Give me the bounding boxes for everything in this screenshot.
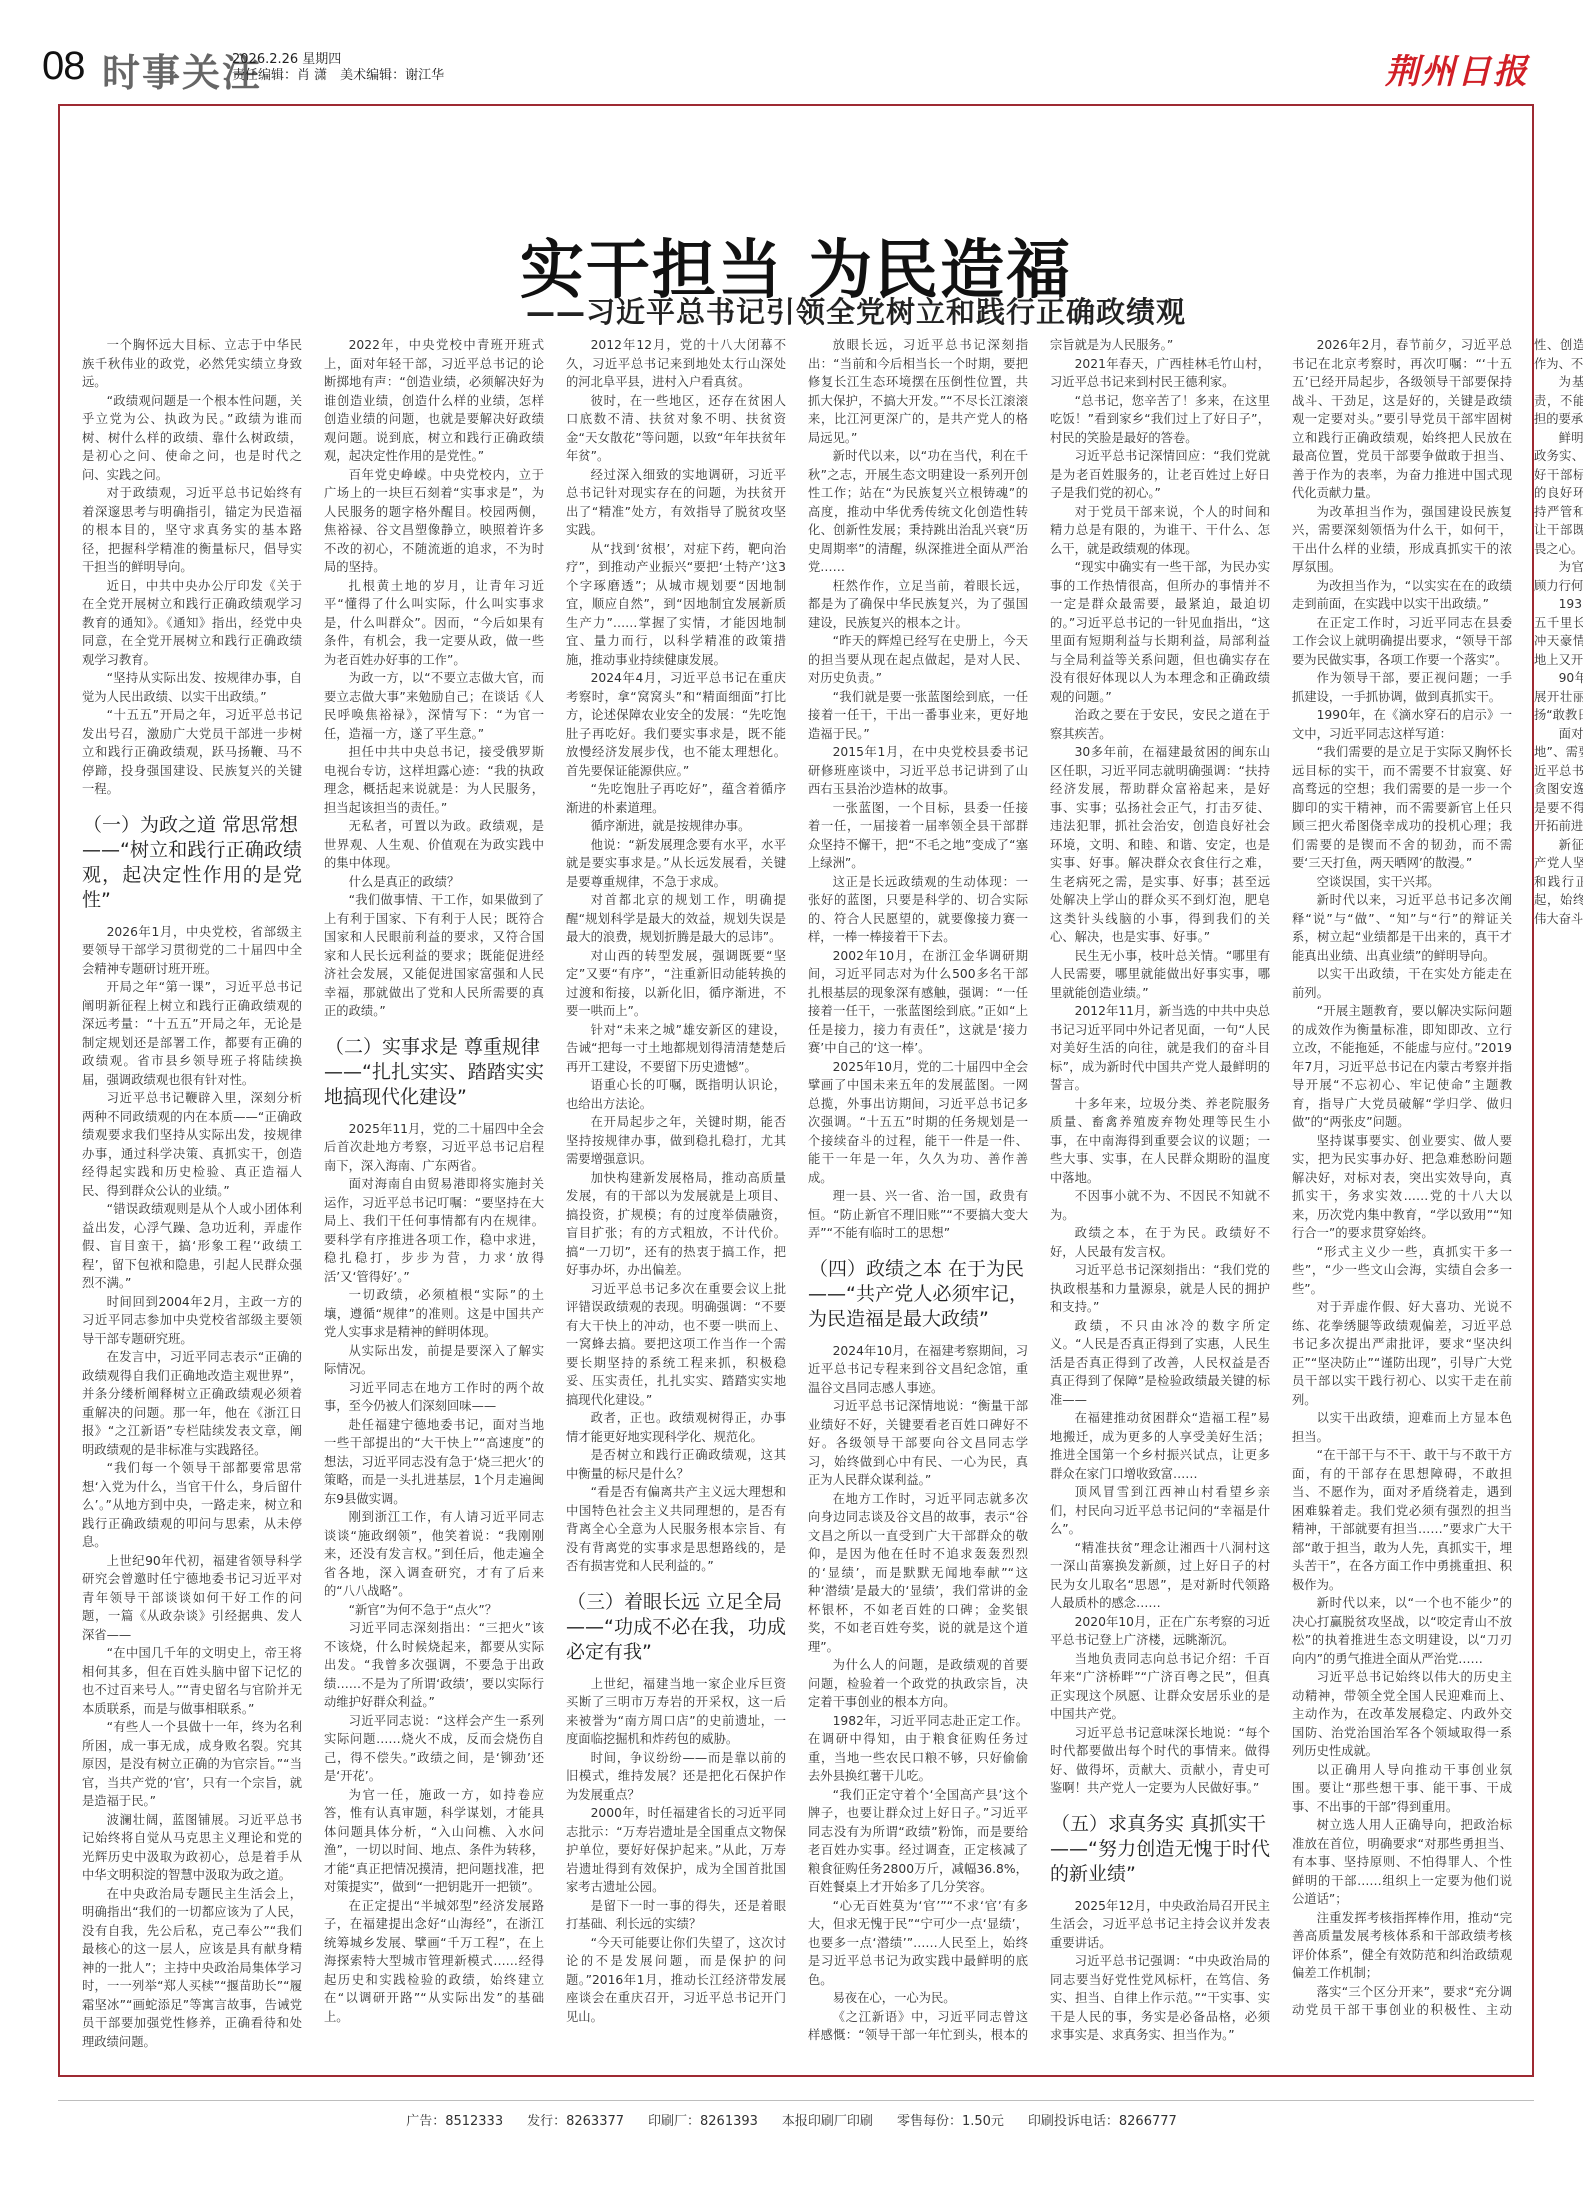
body-paragraph: 一切政绩，必须植根“实际”的土壤，遵循“规律”的准则。这是中国共产党人实事求是精… bbox=[324, 1286, 544, 1342]
body-paragraph: 枉然作作，立足当前，着眼长远，都是为了确保中华民族复兴，为了强国建设，民族复兴的… bbox=[808, 577, 1028, 633]
body-paragraph: 是留下一时一事的得失，还是着眼打基础、利长远的实绩？ bbox=[566, 1897, 786, 1934]
body-paragraph: “有些人一个县做十一年，终为名利所困，成一事无成，成身败名裂。究其原因，是没有树… bbox=[82, 1718, 302, 1811]
body-paragraph: 2022年，中央党校中青班开班式上，面对年轻干部，习近平总书记的论断掷地有声：“… bbox=[324, 336, 544, 466]
body-paragraph: 注重发挥考核指挥棒作用，推动“完善高质量发展考核体系和干部政绩考核评价体系”，健… bbox=[1292, 1909, 1512, 1983]
body-paragraph: 十多年来，垃圾分类、养老院服务质量、畜禽养殖废弃物处理等民生小事，在中南海得到重… bbox=[1050, 1095, 1270, 1188]
body-paragraph: 2021年春天，广西桂林毛竹山村，习近平总书记来到村民王德利家。 bbox=[1050, 355, 1270, 392]
body-paragraph: 开局之年“第一课”，习近平总书记阐明新征程上树立和践行正确政绩观的深远考量：“十… bbox=[82, 978, 302, 1089]
body-paragraph: 1990年，在《滴水穿石的启示》一文中，习近平同志这样写道： bbox=[1292, 706, 1512, 743]
section-heading: （二）实事求是 尊重规律——“扎扎实实、踏踏实实地搞现代化建设” bbox=[324, 1035, 544, 1110]
intro-paragraph: “政绩观问题是一个根本性问题，关乎立党为公、执政为民。”政绩为谁而树、树什么样的… bbox=[82, 392, 302, 485]
body-paragraph: 针对“未来之城”雄安新区的建设，告诫“把每一寸土地都规划得清清楚楚后再开工建设，… bbox=[566, 1021, 786, 1077]
section-title: （一）为政之道 常思常想 bbox=[82, 813, 302, 838]
section-quote: ——“树立和践行正确政绩观，起决定性作用的是党性” bbox=[82, 838, 302, 913]
body-paragraph: 对山西的转型发展，强调既要“坚定”又要“有序”，“注重新旧动能转换的过渡和衔接，… bbox=[566, 947, 786, 1021]
section-heading: （一）为政之道 常思常想——“树立和践行正确政绩观，起决定性作用的是党性” bbox=[82, 813, 302, 913]
body-paragraph: 彼时，在一些地区，还存在贫困人口底数不清、扶贫对象不明、扶贫资金“天女散花”等问… bbox=[566, 392, 786, 466]
newspaper-logo: 荆州日报 bbox=[1385, 44, 1529, 93]
body-paragraph: 上世纪90年代初，福建省领导科学研究会曾邀时任宁德地委书记习近平对青年领导干部谈… bbox=[82, 1552, 302, 1645]
body-paragraph: 扎根黄土地的岁月，让青年习近平“懂得了什么叫实际，什么叫实事求是，什么叫群众”。… bbox=[324, 577, 544, 670]
body-paragraph: 在开局起步之年，关键时期，能否坚持按规律办事，做到稳扎稳打，尤其需要增强意识。 bbox=[566, 1113, 786, 1169]
body-paragraph: 从实际出发，前提是要深入了解实际情况。 bbox=[324, 1342, 544, 1379]
body-paragraph: 面对海南自由贸易港即将实施封关运作，习近平总书记叮嘱：“要坚持在大局上、我们干任… bbox=[324, 1175, 544, 1286]
section-title: （五）求真务实 真抓实干 bbox=[1050, 1812, 1270, 1837]
section-quote: ——“功成不必在我，功成必定有我” bbox=[566, 1615, 786, 1665]
footer-item: 发行：8263377 bbox=[527, 2114, 624, 2129]
body-paragraph: “新官”为何不急于“点火”？ bbox=[324, 1601, 544, 1620]
body-paragraph: 习近平总书记意味深长地说：“每个时代都要做出每个时代的事情来。做得好、做得坏，贡… bbox=[1050, 1724, 1270, 1798]
body-paragraph: 刚到浙江工作，有人请习近平同志谈谈“施政纲领”，他笑着说：“我刚刚来，还没有发言… bbox=[324, 1508, 544, 1601]
body-paragraph: 政绩之本，在于为民。政绩好不好，人民最有发言权。 bbox=[1050, 1224, 1270, 1261]
section-quote: ——“扎扎实实、踏踏实实地搞现代化建设” bbox=[324, 1060, 544, 1110]
body-paragraph: “精准扶贫”理念让湘西十八洞村这一深山苗寨换发新颜，过上好日子的村民为女儿取名“… bbox=[1050, 1539, 1270, 1613]
footer-item: 广告：8512333 bbox=[406, 2114, 503, 2129]
section-title: （四）政绩之本 在于为民 bbox=[808, 1257, 1028, 1282]
body-paragraph: 在地方工作时，习近平同志就多次向身边同志谈及谷文昌的故事，表示“谷文昌之所以一直… bbox=[808, 1490, 1028, 1657]
body-paragraph: 2002年10月，在浙江金华调研期间，习近平同志对为什么500多名干部扎根基层的… bbox=[808, 947, 1028, 1058]
body-paragraph: 为官避事平生耻。为政不在多言，顾力行何如耳。 bbox=[1534, 558, 1583, 595]
body-paragraph: 2026年2月，春节前夕，习近平总书记在北京考察时，再次叮嘱：“‘十五五’已经开… bbox=[1292, 336, 1512, 503]
body-paragraph: 90年后的今天，中国式现代化已经展开壮丽画卷，新征程上，依然需要发扬“敢教日月换… bbox=[1534, 669, 1583, 725]
body-paragraph: “开展主题教育，要以解决实际问题的成效作为衡量标准，即知即改、立行立改，不能拖延… bbox=[1292, 1002, 1512, 1132]
section-title: （二）实事求是 尊重规律 bbox=[324, 1035, 544, 1060]
body-paragraph: 2012年12月，党的十八大闭幕不久，习近平总书记来到地处太行山深处的河北阜平县… bbox=[566, 336, 786, 392]
body-paragraph: 习近平同志说：“这样会产生一系列实际问题……烧火不成，反而会烧伤自己，得不偿失。… bbox=[324, 1712, 544, 1786]
intro-paragraph: “坚持从实际出发、按规律办事，自觉为人民出政绩、以实干出政绩。” bbox=[82, 669, 302, 706]
body-paragraph: 在中央政治局专题民主生活会上，明确指出“我们的一切都应该为了人民，没有自我，先公… bbox=[82, 1885, 302, 2052]
body-paragraph: 在发言中，习近平同志表示“正确的政绩观得自我们正确地改造主观世界”，并条分缕析阐… bbox=[82, 1348, 302, 1459]
body-paragraph: 30多年前，在福建最贫困的闽东山区任职，习近平同志就明确强调：“扶持经济发展，帮… bbox=[1050, 743, 1270, 947]
body-paragraph: 以实干出政绩，迎难而上方显本色担当。 bbox=[1292, 1409, 1512, 1446]
body-paragraph: 2025年10月，党的二十届四中全会擘画了中国未来五年的发展蓝图。一网总揽，外事… bbox=[808, 1058, 1028, 1188]
body-paragraph: 易夜在心，一心为民。 bbox=[808, 1989, 1028, 2008]
body-paragraph: 在福建推动贫困群众“造福工程”易地搬迁，成为更多的人享受美好生活；推进全国第一个… bbox=[1050, 1409, 1270, 1483]
body-paragraph: 当地负责同志向总书记介绍：千百年来“广济桥畔”“广济百粤之民”，但真正实现这个夙… bbox=[1050, 1650, 1270, 1724]
section-quote: ——“共产党人必须牢记，为民造福是最大政绩” bbox=[808, 1282, 1028, 1332]
body-paragraph: 在正定工作时，习近平同志在县委工作会议上就明确提出要求，“领导干部要为民做实事，… bbox=[1292, 614, 1512, 670]
page-footer: 广告：8512333发行：8263377印刷厂：8261393本报印刷厂印刷零售… bbox=[0, 2110, 1583, 2129]
body-paragraph: “昨天的辉煌已经写在史册上，今天的担当要从现在起点做起，是对人民、对历史负责。” bbox=[808, 632, 1028, 688]
body-paragraph: 加快构建新发展格局，推动高质量发展，有的干部以为发展就是上项目、搞投资，扩规模；… bbox=[566, 1169, 786, 1280]
body-paragraph: 对首都北京的规划工作，明确提醒“规划科学是最大的效益，规划失误是最大的浪费，规划… bbox=[566, 891, 786, 947]
body-paragraph: “在中国几千年的文明史上，帝王将相何其多，但在百姓头脑中留下记忆的也不过百来号人… bbox=[82, 1644, 302, 1718]
body-paragraph: 为政一方，以“不要立志做大官，而要立志做大事”来勉励自己；在谈话《人民呼唤焦裕禄… bbox=[324, 669, 544, 743]
section-heading: （四）政绩之本 在于为民——“共产党人必须牢记，为民造福是最大政绩” bbox=[808, 1257, 1028, 1332]
body-paragraph: 百年党史峥嵘。中央党校内，立于广场上的一块巨石刻着“实事求是”，为人民服务的题字… bbox=[324, 466, 544, 577]
body-paragraph: “先吃饱肚子再吃好”，蕴含着循序渐进的朴素道理。 bbox=[566, 780, 786, 817]
body-paragraph: 为改革担当作为，强国建设民族复兴，需要深刻领悟为什么干，如何干，干出什么样的业绩… bbox=[1292, 503, 1512, 577]
intro-paragraph: 一个胸怀远大目标、立志于中华民族千秋伟业的政党，必然凭实绩立身致远。 bbox=[82, 336, 302, 392]
body-paragraph: “心无百姓莫为‘官’”“不求‘官’有多大，但求无愧于民”“宁可少一点‘显绩’，也… bbox=[808, 1897, 1028, 1990]
body-paragraph: 循序渐进，就是按规律办事。 bbox=[566, 817, 786, 836]
body-paragraph: 习近平总书记深情回应：“我们党就是为老百姓服务的，让老百姓过上好日子是我们党的初… bbox=[1050, 447, 1270, 503]
body-paragraph: 一张蓝图，一个目标，县委一任接着一任，一届接着一届率领全县干部群众坚持不懈干，把… bbox=[808, 799, 1028, 873]
body-paragraph: “现实中确实有一些干部，为民办实事的工作热情很高，但所办的事情并不一定是群众最需… bbox=[1050, 558, 1270, 706]
body-paragraph: 语重心长的叮嘱，既指明认识论，也给出方法论。 bbox=[566, 1076, 786, 1113]
intro-paragraph: 对于政绩观，习近平总书记始终有着深邃思考与明确指引，锚定为民造福的根本目的，坚守… bbox=[82, 484, 302, 577]
body-paragraph: 新时代以来，以“功在当代，利在千秋”之志，开展生态文明建设一系列开创性工作；站在… bbox=[808, 447, 1028, 577]
body-paragraph: 2024年4月，习近平总书记在重庆考察时，拿“窝窝头”和“精面细面”打比方，论述… bbox=[566, 669, 786, 780]
section-title: （三）着眼长远 立足全局 bbox=[566, 1590, 786, 1615]
body-paragraph: “我们做事情、干工作，如果做到了上有利于国家、下有利于人民；既符合国家和人民眼前… bbox=[324, 891, 544, 1021]
body-paragraph: 新征程是新的长征。新时代中国共产党人坚定信心、实干笃行，坚持树立和践行正确政绩观… bbox=[1534, 836, 1583, 929]
body-paragraph: 从“找到‘贫根’，对症下药，靶向治疗”，到推动产业振兴“要把‘土特产’这3个字琢… bbox=[566, 540, 786, 670]
body-paragraph: 2015年1月，在中央党校县委书记研修班座谈中，习近平总书记讲到了山西右玉县治沙… bbox=[808, 743, 1028, 799]
body-paragraph: 1936年10月，历经艰苦卓绝的二万五千里长征，红军三大主力胜利会师，冲天豪情中… bbox=[1534, 595, 1583, 669]
body-paragraph: 经过深入细致的实地调研，习近平总书记针对现实存在的问题，为扶贫开出了“精准”处方… bbox=[566, 466, 786, 540]
body-paragraph: 新时代以来，习近平总书记多次阐释“说”与“做”、“知”与“行”的辩证关系，树立起… bbox=[1292, 891, 1512, 965]
body-paragraph: 波澜壮阔，蓝图铺展。习近平总书记始终将自觉从马克思主义理论和党的光辉历史中汲取为… bbox=[82, 1811, 302, 1885]
body-paragraph: 习近平总书记始终以伟大的历史主动精神，带领全党全国人民迎难而上、主动作为，在改革… bbox=[1292, 1668, 1512, 1761]
body-paragraph: 理一县、兴一省、治一国，政贵有恒。“防止新官不理旧账”“不要搞大变大弄”“不能有… bbox=[808, 1187, 1028, 1243]
body-paragraph: 1982年，习近平同志赴正定工作。在调研中得知，由于粮食征购任务过重，当地一些农… bbox=[808, 1712, 1028, 1786]
body-paragraph: 无私者，可置以为政。政绩观，是世界观、人生观、价值观在为政实践中的集中体现。 bbox=[324, 817, 544, 873]
body-paragraph: 时间回到2004年2月，主政一方的习近平同志参加中央党校省部级主要领导干部专题研… bbox=[82, 1293, 302, 1349]
body-paragraph: 2000年，时任福建省长的习近平同志批示：“万寿岩遗址是全国重点文物保护单位，要… bbox=[566, 1804, 786, 1897]
body-paragraph: 为官一任，施政一方，如持卷应答，惟有认真审题，科学谋划，才能具体问题具体分析，“… bbox=[324, 1786, 544, 1897]
body-paragraph: “我们每一个领导干部都要常思常想‘入党为什么，当官干什么，身后留什么’。”从地方… bbox=[82, 1459, 302, 1552]
body-paragraph: 2024年10月，在福建考察期间，习近平总书记专程来到谷文昌纪念馆，重温谷文昌同… bbox=[808, 1342, 1028, 1398]
body-paragraph: 不因事小就不为、不因民不知就不为。 bbox=[1050, 1187, 1270, 1224]
body-paragraph: 他说：“新发展理念要有水平，水平就是要实事求是。”从长远发展看，关键是要尊重规律… bbox=[566, 836, 786, 892]
body-paragraph: 以实干出政绩，干在实处方能走在前列。 bbox=[1292, 965, 1512, 1002]
body-paragraph: “我们正定守着个‘全国高产县’这个牌子，也要让群众过上好日子。”习近平同志没有为… bbox=[808, 1786, 1028, 1897]
body-paragraph: 习近平总书记强调：“中央政治局的同志要当好党性党风标杆，在笃信、务实、担当、自律… bbox=[1050, 1952, 1270, 2045]
intro-paragraph: “十五五”开局之年，习近平总书记发出号召，激励广大党员干部进一步树立和践行正确政… bbox=[82, 706, 302, 799]
body-paragraph: 什么是真正的政绩？ bbox=[324, 873, 544, 892]
footer-item: 零售每份：1.50元 bbox=[897, 2114, 1004, 2129]
body-paragraph: 习近平总书记深刻指出：“我们党的执政根基和力量源泉，就是人民的拥护和支持。” bbox=[1050, 1261, 1270, 1317]
body-paragraph: 这正是长远政绩观的生动体现：一张好的蓝图，只要是科学的、切合实际的、符合人民愿望… bbox=[808, 873, 1028, 947]
body-paragraph: 面对许多仍然需要跨越的“雪山”“草地”、需要征服的“娄山关”“腊子口”，习近平总… bbox=[1534, 725, 1583, 836]
body-paragraph: 是否树立和践行正确政绩观，这其中衡量的标尺是什么？ bbox=[566, 1446, 786, 1483]
editor-credits: 责任编辑：肖 潇 美术编辑：谢江华 bbox=[232, 68, 444, 84]
body-paragraph: “形式主义少一些，真抓实干多一些”，“少一些文山会海，实绩自会多一些”。 bbox=[1292, 1243, 1512, 1299]
body-paragraph: 顶风冒雪到江西神山村看望乡亲们，村民向习近平总书记问的“幸福是什么”。 bbox=[1050, 1483, 1270, 1539]
body-paragraph: 时间，争议纷纷——而是靠以前的旧模式，维持发展？还是把化石保护作为发展重点？ bbox=[566, 1749, 786, 1805]
body-paragraph: 为改担当作为，“以实实在在的政绩走到前面，在实践中以实干出政绩。” bbox=[1292, 577, 1512, 614]
body-paragraph: 为什么人的问题，是政绩观的首要问题，检验着一个政党的执政宗旨，决定着干事创业的根… bbox=[808, 1656, 1028, 1712]
body-paragraph: 在正定提出“半城郊型”经济发展路子，在福建提出念好“山海经”，在浙江统筹城乡发展… bbox=[324, 1897, 544, 2027]
body-paragraph: 2020年10月，正在广东考察的习近平总书记登上广济楼，远眺渐沉。 bbox=[1050, 1613, 1270, 1650]
body-paragraph: 治政之要在于安民，安民之道在于察其疾苦。 bbox=[1050, 706, 1270, 743]
body-paragraph: 政绩，不只由冰冷的数字所定义。“人民是否真正得到了实惠，人民生活是否真正得到了改… bbox=[1050, 1317, 1270, 1410]
body-paragraph: 2025年11月，党的二十届四中全会后首次赴地方考察，习近平总书记启程南下，深入… bbox=[324, 1120, 544, 1176]
dateline: （新华社北京2月25日电） bbox=[1534, 928, 1583, 947]
body-paragraph: “今天可能要让你们失望了，这次讨论的不是发展问题，而是保护的问题。”2016年1… bbox=[566, 1934, 786, 2027]
article-frame: 实干担当 为民造福 ——习近平总书记引领全党树立和践行正确政绩观 一个胸怀远大目… bbox=[58, 104, 1534, 2077]
body-paragraph: 鲜明提出“信念坚定、为民服务、勤政务实、敢于担当、清正廉洁”的新时代好干部标准，… bbox=[1534, 429, 1583, 559]
body-paragraph: “在干部干与不干、敢干与不敢干方面，有的干部存在思想障碍，不敢担当、不愿作为，面… bbox=[1292, 1446, 1512, 1594]
page-number: 08 bbox=[42, 44, 85, 89]
body-paragraph: 作为领导干部，要正视问题；一手抓建设，一手抓协调，做到真抓实干。 bbox=[1292, 669, 1512, 706]
body-paragraph: 习近平总书记鞭辟入里，深刻分析两种不同政绩观的内在本质——“正确政绩观要求我们坚… bbox=[82, 1089, 302, 1200]
footer-item: 本报印刷厂印刷 bbox=[782, 2114, 873, 2129]
section-quote: ——“努力创造无愧于时代的新业绩” bbox=[1050, 1837, 1270, 1887]
body-paragraph: 习近平总书记深情地说：“衡量干部业绩好不好，关键要看老百姓口碑好不好。各级领导干… bbox=[808, 1397, 1028, 1490]
edition-meta: 2026.2.26 星期四 责任编辑：肖 潇 美术编辑：谢江华 bbox=[232, 52, 444, 84]
body-paragraph: “我们需要的是立足于实际又胸怀长远目标的实干，而不需要不甘寂寞、好高骛远的空想；… bbox=[1292, 743, 1512, 873]
footer-divider bbox=[58, 2100, 1534, 2101]
issue-date: 2026.2.26 星期四 bbox=[232, 52, 444, 68]
body-paragraph: 习近平同志在地方工作时的两个故事，至今仍被人们深刻回味—— bbox=[324, 1379, 544, 1416]
footer-item: 印刷厂：8261393 bbox=[648, 2114, 758, 2129]
body-paragraph: “错误政绩观则是从个人或小团体利益出发，心浮气躁、急功近利，弄虚作假、盲目蛮干，… bbox=[82, 1200, 302, 1293]
section-heading: （五）求真务实 真抓实干——“努力创造无愧于时代的新业绩” bbox=[1050, 1812, 1270, 1887]
body-paragraph: 为基层减负赋能，强调“要明确权责，不能什么事都压给基层，基层该承担的要承担好”…… bbox=[1534, 373, 1583, 429]
body-paragraph: 赴任福建宁德地委书记，面对当地一些干部提出的“大干快上”“高速度”的想法，习近平… bbox=[324, 1416, 544, 1509]
body-paragraph: 担任中共中央总书记，接受俄罗斯电视台专访，这样坦露心迹：“我的执政理念，概括起来… bbox=[324, 743, 544, 817]
body-paragraph: 树立选人用人正确导向，把政治标准放在首位，明确要求“对那些勇担当、有本事、坚持原… bbox=[1292, 1816, 1512, 1909]
body-paragraph: 2012年11月，新当选的中共中央总书记习近平同中外记者见面，一句“人民对美好生… bbox=[1050, 1002, 1270, 1095]
body-paragraph: 2026年1月，中央党校，省部级主要领导干部学习贯彻党的二十届四中全会精神专题研… bbox=[82, 923, 302, 979]
body-paragraph: 放眼长远，习近平总书记深刻指出：“当前和今后相当长一个时期，要把修复长江生态环境… bbox=[808, 336, 1028, 447]
article-body: 一个胸怀远大目标、立志于中华民族千秋伟业的政党，必然凭实绩立身致远。“政绩观问题… bbox=[82, 336, 1512, 2056]
body-paragraph: “看是否有偏离共产主义远大理想和中国特色社会主义共同理想的，是否有背离全心全意为… bbox=[566, 1483, 786, 1576]
body-paragraph: “总书记，您辛苦了！多来，在这里吃饭！”看到家乡“我们过上了好日子”，村民的笑脸… bbox=[1050, 392, 1270, 448]
body-paragraph: 对于弄虚作假、好大喜功、光说不练、花拳绣腿等政绩观偏差，习近平总书记多次提出严肃… bbox=[1292, 1298, 1512, 1409]
body-paragraph: 政者，正也。政绩观树得正，办事情才能更好地实现科学化、规范化。 bbox=[566, 1409, 786, 1446]
body-paragraph: 习近平同志深刻指出：“三把火”该不该烧，什么时候烧起来，都要从实际出发。“我曾多… bbox=[324, 1619, 544, 1712]
masthead: 08 时事关注 2026.2.26 星期四 责任编辑：肖 潇 美术编辑：谢江华 … bbox=[0, 0, 1583, 92]
body-paragraph: 2025年12月，中央政治局召开民主生活会，习近平总书记主持会议并发表重要讲话。 bbox=[1050, 1897, 1270, 1953]
intro-paragraph: 近日，中共中央办公厅印发《关于在全党开展树立和践行正确政绩观学习教育的通知》。《… bbox=[82, 577, 302, 670]
footer-item: 印刷投诉电话：8266777 bbox=[1028, 2114, 1177, 2129]
body-paragraph: “我们就是要一张蓝图绘到底，一任接着一任干，干出一番事业来，更好地造福于民。” bbox=[808, 688, 1028, 744]
body-paragraph: 习近平总书记多次在重要会议上批评错误政绩观的表现。明确强调：“不要有大干快上的冲… bbox=[566, 1280, 786, 1410]
body-paragraph: 空谈误国，实干兴邦。 bbox=[1292, 873, 1512, 892]
body-paragraph: 坚持谋事要实、创业要实、做人要实，把为民实事办好、把急难愁盼问题解决好，对标对表… bbox=[1292, 1132, 1512, 1243]
section-heading: （三）着眼长远 立足全局——“功成不必在我，功成必定有我” bbox=[566, 1590, 786, 1665]
body-paragraph: 上世纪，福建当地一家企业斥巨资买断了三明市万寿岩的开采权，这一后来被誉为“南方周… bbox=[566, 1675, 786, 1749]
article-subheadline: ——习近平总书记引领全党树立和践行正确政绩观 bbox=[60, 290, 1532, 331]
body-paragraph: 新时代以来，以“一个也不能少”的决心打赢脱贫攻坚战，以“咬定青山不放松”的执着推… bbox=[1292, 1594, 1512, 1668]
body-paragraph: 民生无小事，枝叶总关情。“哪里有人民需要，哪里就能做出好事实事，哪里就能创造业绩… bbox=[1050, 947, 1270, 1003]
body-paragraph: 以正确用人导向推动干事创业氛围。要让“那些想干事、能干事、干成事、不出事的干部”… bbox=[1292, 1761, 1512, 1817]
body-paragraph: 对于党员干部来说，个人的时间和精力总是有限的，为谁干、干什么、怎么干，就是政绩观… bbox=[1050, 503, 1270, 559]
